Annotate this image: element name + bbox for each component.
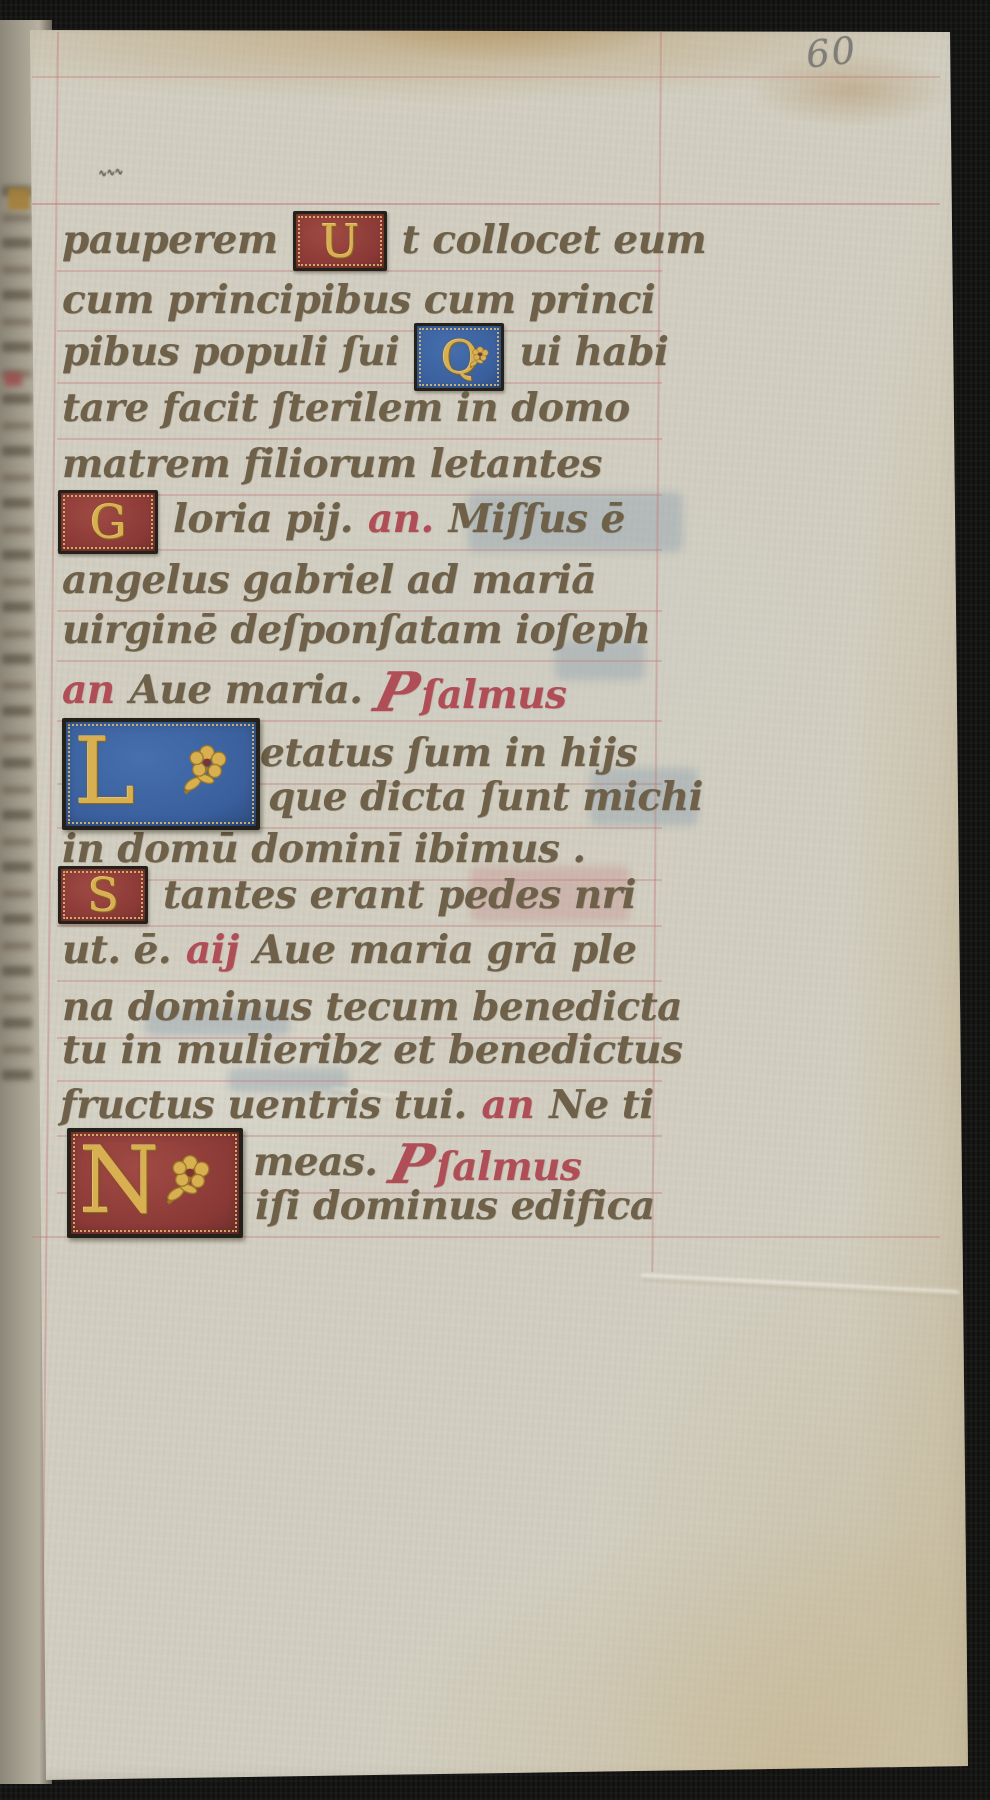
manuscript-text-line: fructus uentris tui.anNe ti bbox=[60, 1083, 654, 1127]
text-block: pauperemUt collocet eumcum principibus c… bbox=[0, 0, 990, 1800]
manuscript-text-line: Stantes erant pedes nri bbox=[58, 873, 636, 924]
body-text: loria pij. bbox=[173, 497, 353, 541]
initial-letter: S bbox=[87, 872, 118, 918]
manuscript-text-line: ut. ē.aijAue maria grā ple bbox=[62, 928, 636, 972]
manuscript-text-line: angelus gabriel ad mariā bbox=[62, 558, 596, 602]
initial-letter: N bbox=[79, 1135, 160, 1227]
body-text: que dicta ſunt michi bbox=[268, 775, 703, 819]
manuscript-text-line: meas.Pſalmus bbox=[253, 1140, 581, 1189]
body-text: t collocet eum bbox=[402, 218, 707, 262]
illuminated-initial-q: Q bbox=[414, 323, 504, 391]
initial-letter: G bbox=[90, 499, 126, 545]
body-text: fructus uentris tui. bbox=[60, 1083, 467, 1127]
body-text: Miſſus ē bbox=[449, 497, 625, 541]
body-text: in domū dominī ibimus . bbox=[62, 827, 585, 871]
manuscript-text-line: cum principibus cum princi bbox=[62, 278, 655, 322]
fancy-initial-letter: P bbox=[386, 1143, 437, 1187]
rubric-text: an bbox=[482, 1083, 535, 1127]
rubric-text: an bbox=[62, 668, 115, 712]
body-text: ui habi bbox=[519, 330, 668, 374]
body-text: matrem filiorum letantes bbox=[62, 442, 602, 486]
body-text: Aue maria grā ple bbox=[254, 928, 637, 972]
illuminated-initial-u: U bbox=[293, 211, 387, 271]
body-text: meas. bbox=[253, 1140, 377, 1184]
body-text: tare facit ſterilem in domo bbox=[62, 386, 630, 430]
body-text: Aue maria. bbox=[130, 668, 363, 712]
manuscript-text-line: etatus ſum in hijs bbox=[260, 731, 637, 775]
manuscript-text-line: que dicta ſunt michi bbox=[268, 775, 703, 819]
initial-letter: L bbox=[74, 726, 135, 818]
rubric-text: an. bbox=[368, 497, 434, 541]
manuscript-text-line: anAue maria.Pſalmus bbox=[62, 668, 566, 717]
body-text: ut. ē. bbox=[62, 928, 171, 972]
manuscript-text-line: pauperemUt collocet eum bbox=[62, 218, 706, 271]
body-text: pibus populi ſui bbox=[62, 330, 399, 374]
body-text: iſi dominus edifica bbox=[255, 1184, 655, 1228]
body-text: Ne ti bbox=[549, 1083, 653, 1127]
body-text: na dominus tecum benedicta bbox=[62, 985, 682, 1029]
manuscript-text-line: na dominus tecum benedicta bbox=[62, 985, 682, 1029]
rubric-text: Pſalmus bbox=[392, 1140, 581, 1189]
manuscript-text-line: tare facit ſterilem in domo bbox=[62, 386, 630, 430]
illuminated-initial-s: S bbox=[58, 866, 148, 924]
illuminated-initial-n-large: N bbox=[67, 1128, 243, 1238]
fancy-initial-letter: P bbox=[371, 671, 422, 715]
flower-sprig-ornament bbox=[168, 730, 246, 808]
body-text: uirginē deſponſatam ioſeph bbox=[62, 608, 650, 652]
manuscript-text-line: uirginē deſponſatam ioſeph bbox=[62, 608, 650, 652]
illuminated-initial-g: G bbox=[58, 490, 158, 554]
initial-letter: Q bbox=[441, 334, 478, 380]
illuminated-initial-l-large: L bbox=[62, 718, 260, 830]
body-text: tu in mulieribz et benedictus bbox=[62, 1028, 682, 1072]
manuscript-text-line: iſi dominus edifica bbox=[255, 1184, 655, 1228]
manuscript-text-line: tu in mulieribz et benedictus bbox=[62, 1028, 682, 1072]
initial-letter: U bbox=[320, 218, 358, 264]
body-text: angelus gabriel ad mariā bbox=[62, 558, 596, 602]
body-text: pauperem bbox=[62, 218, 278, 262]
manuscript-text-line: pibus populi ſuiQui habi bbox=[62, 330, 668, 391]
manuscript-text-line: Gloria pij.an.Miſſus ē bbox=[58, 497, 625, 554]
rubric-text: aij bbox=[186, 928, 239, 972]
manuscript-text-line: matrem filiorum letantes bbox=[62, 442, 602, 486]
body-text: etatus ſum in hijs bbox=[260, 731, 637, 775]
body-text: tantes erant pedes nri bbox=[163, 873, 636, 917]
manuscript-text-line: in domū dominī ibimus . bbox=[62, 827, 585, 871]
rubric-text: Pſalmus bbox=[377, 668, 566, 717]
flower-sprig-ornament bbox=[151, 1140, 229, 1218]
body-text: cum principibus cum princi bbox=[62, 278, 655, 322]
